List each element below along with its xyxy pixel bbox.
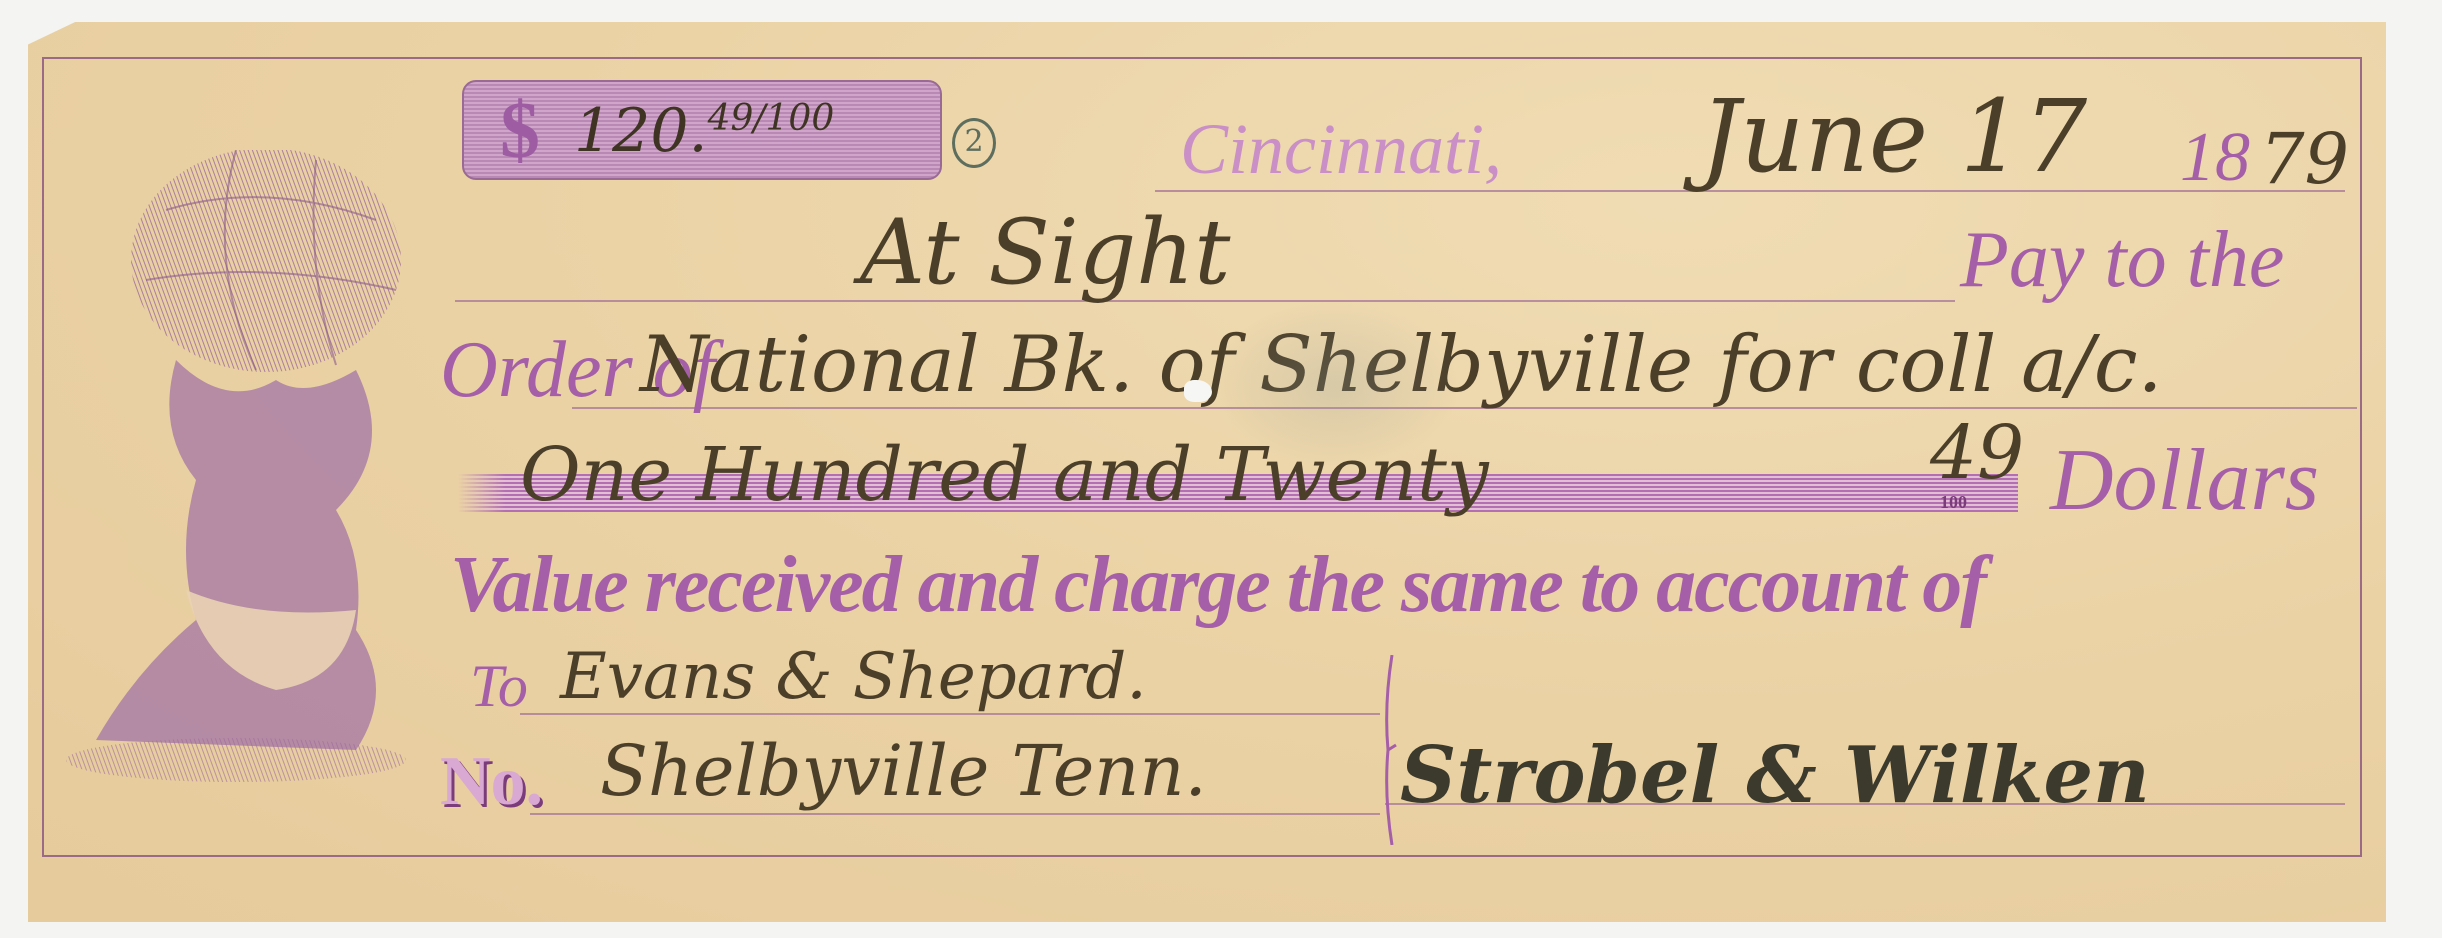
pay-to-the-label: Pay to the	[1960, 215, 2284, 306]
value-received-label: Value received and charge the same to ac…	[450, 540, 1985, 631]
dollar-sign-icon: $	[500, 86, 540, 177]
terms-at-sight: At Sight	[860, 200, 1230, 305]
date-handwritten: June 17	[1700, 78, 2087, 195]
year-prefix: 18	[2180, 118, 2250, 198]
drawee-name: Evans & Shepard.	[560, 640, 1147, 714]
atlas-globe-vignette	[56, 150, 416, 790]
dollars-label: Dollars	[2050, 430, 2319, 531]
circled-mark: 2	[952, 118, 996, 168]
amount-figure: 120.49/100	[574, 96, 834, 166]
drawee-location: Shelbyville Tenn.	[600, 730, 1207, 812]
amount-box: $ 120.49/100	[462, 80, 942, 180]
amount-in-words: One Hundred and Twenty	[520, 432, 1489, 518]
printed-city: Cincinnati,	[1180, 108, 1502, 191]
location-line	[530, 813, 1380, 815]
amount-words-cents: 49	[1930, 410, 2024, 496]
drawer-signature: Strobel & Wilken	[1400, 730, 2150, 821]
number-label: No.	[440, 742, 543, 822]
year-suffix: 79	[2260, 118, 2349, 200]
bracket-divider	[1380, 655, 1400, 845]
to-label: To	[470, 652, 528, 721]
paper-tear	[1184, 380, 1212, 402]
